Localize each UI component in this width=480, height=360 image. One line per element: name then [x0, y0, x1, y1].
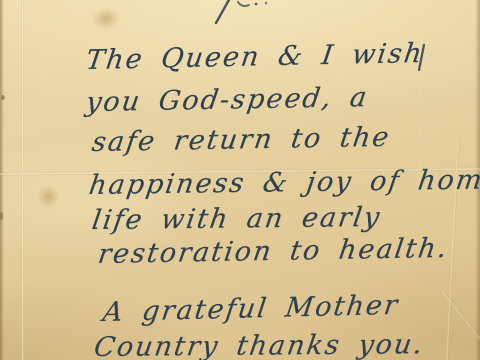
edge-nick	[0, 212, 3, 220]
foxing-stain-mid-left	[37, 185, 60, 208]
letter-line-5: life with an early	[90, 203, 383, 236]
foxing-stain-top-left	[92, 7, 120, 30]
letter-line-1: The Queen & I wish	[84, 39, 425, 76]
letter-photo: The Queen & I wish you God-speed, a safe…	[0, 0, 480, 360]
letter-line-3: safe return to the	[90, 123, 392, 158]
letter-line-6: restoration to health.	[96, 234, 450, 270]
pen-flourish-fragment-icon	[200, 0, 290, 26]
letter-line-2: you God-speed, a	[84, 83, 370, 118]
fold-crease-vertical-left	[21, 0, 24, 360]
letter-line-7: A grateful Mother	[101, 291, 401, 328]
edge-nick	[1, 95, 5, 100]
letter-line-4: happiness & joy of home	[87, 165, 480, 201]
fold-crease-vertical-right-top	[420, 0, 422, 175]
letter-line-8: Country thanks you.	[92, 330, 426, 360]
paper-edge-left	[0, 0, 4, 360]
paper: The Queen & I wish you God-speed, a safe…	[0, 0, 480, 360]
